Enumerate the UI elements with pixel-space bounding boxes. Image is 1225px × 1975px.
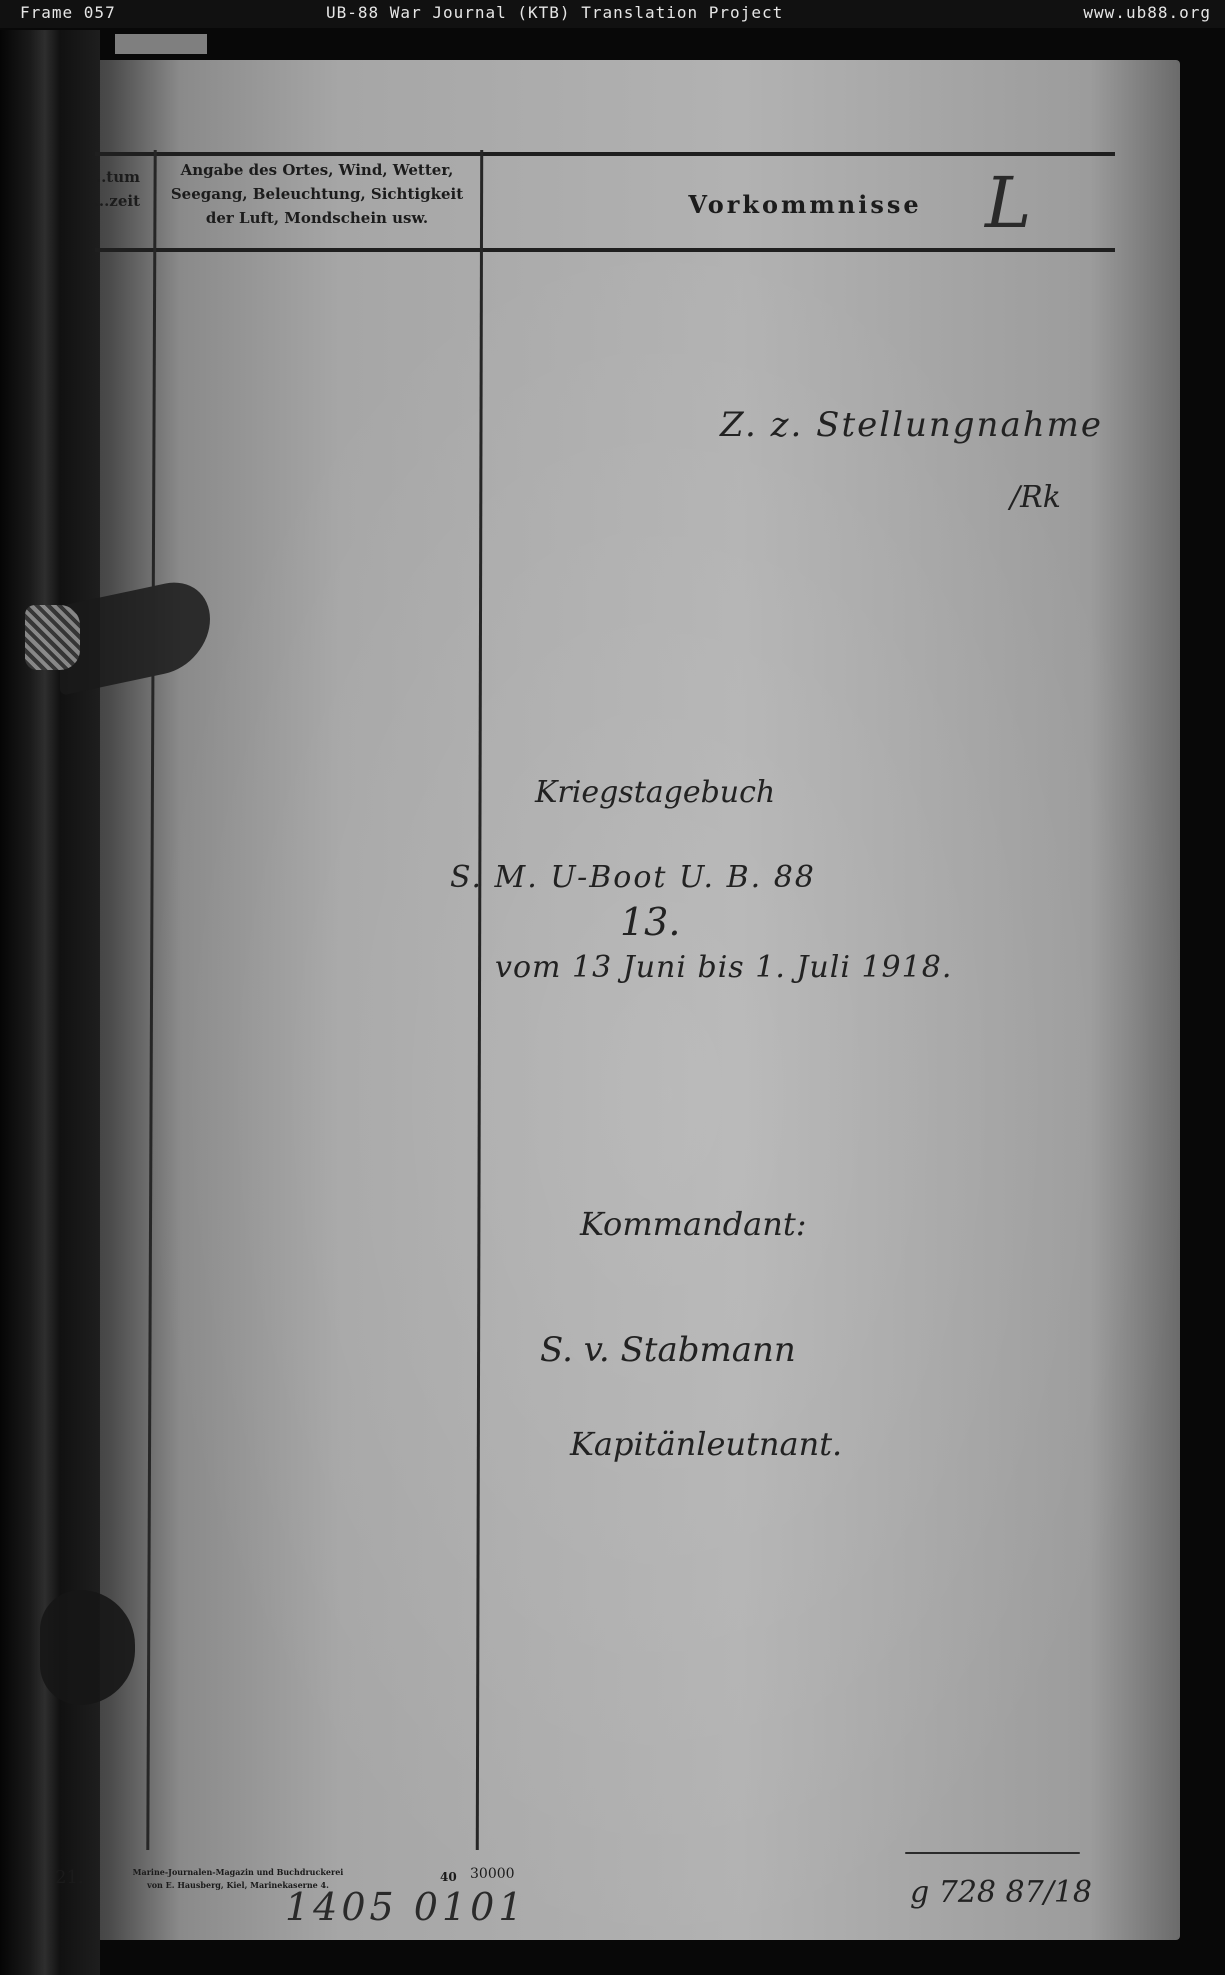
binder-clip [25,605,80,670]
header-top-rule [95,152,1115,156]
entry-number: 13. [620,900,680,944]
frame-label: Frame 057 [20,3,116,22]
frame-header-bar: Frame 057 UB-88 War Journal (KTB) Transl… [0,0,1225,28]
archive-reference: g 728 87/18 [910,1875,1092,1910]
tape-strip [115,34,207,54]
pencil-scrawl: 1405 0101 [285,1885,527,1929]
signature-name: S. v. Stabmann [540,1330,796,1370]
website-link[interactable]: www.ub88.org [1083,3,1211,22]
header-bottom-rule [95,248,1115,252]
form-number: 21. [55,1867,84,1888]
diary-title: Kriegstagebuch [535,775,775,810]
annotation-initials: /Rk [1010,480,1061,515]
archive-ref-underline [905,1852,1080,1854]
annotation-top: Z. z. Stellungnahme [720,405,1103,445]
page-mark: L [985,168,1031,238]
form-code: 40 [440,1870,457,1884]
date-range: vom 13 Juni bis 1. Juli 1918. [495,950,952,985]
column-header-events: Vorkommnisse [660,190,950,219]
document-page [40,60,1180,1940]
signature-rank: Kapitänleutnant. [570,1425,842,1463]
column-header-location-weather: Angabe des Ortes, Wind, Wetter, Seegang,… [158,158,476,230]
column-header-date: ...tum ...zeit [60,165,140,213]
boat-designation: S. M. U-Boot U. B. 88 [450,860,816,895]
project-title: UB-88 War Journal (KTB) Translation Proj… [326,3,783,22]
signature-label: Kommandant: [580,1205,807,1243]
printer-line-1: Marine-Journalen-Magazin und Buchdrucker… [108,1866,368,1879]
print-quantity: 30000 [470,1866,515,1882]
